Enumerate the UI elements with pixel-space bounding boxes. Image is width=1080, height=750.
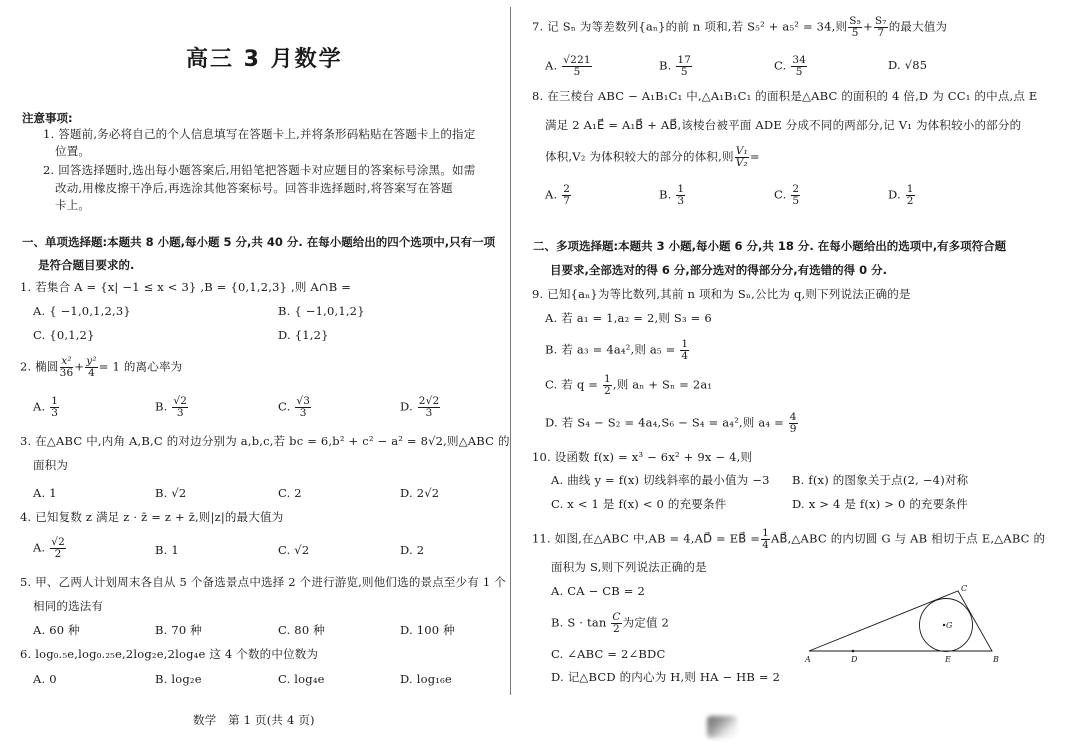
label-b: B (992, 655, 999, 664)
q4-option-a: A. √22 (33, 537, 67, 560)
notice-item-1-line-2: 位置。 (55, 144, 90, 158)
q9-option-d: D. 若 S₄ − S₂ = 4a₄,S₆ − S₄ = a₄²,则 a₄ = … (545, 412, 799, 435)
section-2-heading-line-2: 目要求,全部选对的得 6 分,部分选对的得部分分,有选错的得 0 分. (550, 262, 887, 278)
notice-item-2-line-3: 卡上。 (55, 198, 90, 212)
q3-stem-line-1: 3. 在△ABC 中,内角 A,B,C 的对边分别为 a,b,c,若 bc = … (20, 434, 510, 448)
q1-option-a: A. { −1,0,1,2,3} (33, 304, 131, 318)
page-title: 高三 3 月数学 (186, 42, 343, 73)
label-a: A (804, 655, 811, 664)
q1-stem: 1. 若集合 A = {x| −1 ≤ x < 3} ,B = {0,1,2,3… (20, 280, 351, 294)
column-divider (510, 7, 511, 695)
q3-stem-line-2: 面积为 (33, 458, 68, 472)
q11-option-d: D. 记△BCD 的内心为 H,则 HA − HB = 2 (551, 670, 780, 684)
q11-option-b: B. S · tan C2为定值 2 (551, 612, 669, 635)
q4-option-b: B. 1 (155, 543, 179, 557)
q5-option-b: B. 70 种 (155, 623, 202, 637)
q4-option-d: D. 2 (400, 543, 424, 557)
q8-option-c: C. 25 (774, 184, 801, 207)
q6-option-d: D. log₁₆e (400, 672, 452, 686)
q2-option-a: A. 13 (33, 396, 60, 419)
q8-option-b: B. 13 (659, 184, 686, 207)
q10-stem: 10. 设函数 f(x) = x³ − 6x² + 9x − 4,则 (532, 450, 752, 464)
q11-stem-line-1: 11. 如图,在△ABC 中,AB = 4,AD⃗ = EB⃗ =14AB⃗,△… (532, 528, 1045, 551)
q1-option-d: D. {1,2} (278, 328, 329, 342)
q8-stem-line-2: 满足 2 A₁E⃗ = A₁B⃗ + AB⃗,该棱台被平面 ADE 分成不同的两… (545, 118, 1021, 132)
q2-stem: 2. 椭圆x²36+y²4= 1 的离心率为 (20, 356, 182, 379)
label-c: C (961, 584, 967, 593)
q5-stem-line-1: 5. 甲、乙两人计划周末各自从 5 个备选景点中选择 2 个进行游览,则他们选的… (20, 575, 506, 589)
q5-option-a: A. 60 种 (33, 623, 80, 637)
q7-option-b: B. 175 (659, 55, 693, 78)
q7-stem: 7. 记 Sₙ 为等差数列{aₙ}的前 n 项和,若 S₅² + a₅² = 3… (532, 16, 947, 39)
q3-option-c: C. 2 (278, 486, 302, 500)
notice-item-2-line-1: 2. 回答选择题时,选出每小题答案后,用铅笔把答题卡对应题目的答案标号涂黑。如需 (43, 163, 475, 177)
q9-option-c: C. 若 q = 12,则 aₙ + Sₙ = 2a₁ (545, 374, 712, 397)
q9-option-a: A. 若 a₁ = 1,a₂ = 2,则 S₃ = 6 (545, 311, 712, 325)
q2-prefix: 2. 椭圆 (20, 360, 59, 374)
notice-heading: 注意事项: (22, 110, 73, 126)
label-g: G (946, 621, 953, 630)
q8-option-d: D. 12 (888, 184, 916, 207)
q5-option-d: D. 100 种 (400, 623, 455, 637)
q5-option-c: C. 80 种 (278, 623, 325, 637)
q3-option-a: A. 1 (33, 486, 57, 500)
section-1-heading-line-2: 是符合题目要求的. (38, 257, 134, 273)
q9-option-b: B. 若 a₃ = 4a₄²,则 a₅ = 14 (545, 339, 690, 362)
label-d: D (850, 655, 858, 664)
q5-stem-line-2: 相同的选法有 (33, 599, 103, 613)
q2-fraction-x: x²36 (60, 356, 74, 379)
center-g-point (943, 624, 945, 626)
q6-option-c: C. log₄e (278, 672, 325, 686)
q1-option-c: C. {0,1,2} (33, 328, 95, 342)
q10-option-c: C. x < 1 是 f(x) < 0 的充要条件 (551, 497, 726, 511)
q1-option-b: B. { −1,0,1,2} (278, 304, 365, 318)
q6-option-b: B. log₂e (155, 672, 202, 686)
q11-option-a: A. CA − CB = 2 (551, 584, 645, 598)
q3-option-b: B. √2 (155, 486, 186, 500)
q2-fraction-y: y²4 (85, 356, 98, 379)
q7-option-a: A. √2215 (545, 55, 593, 78)
q2-option-c: C. √33 (278, 396, 312, 419)
section-2-heading-line-1: 二、多项选择题:本题共 3 小题,每小题 6 分,共 18 分. 在每小题给出的… (533, 238, 1006, 254)
q6-option-a: A. 0 (33, 672, 57, 686)
q9-stem: 9. 已知{aₙ}为等比数列,其前 n 项和为 Sₙ,公比为 q,则下列说法正确… (532, 287, 911, 301)
section-1-heading-line-1: 一、单项选择题:本题共 8 小题,每小题 5 分,共 40 分. 在每小题给出的… (22, 234, 495, 250)
notice-item-2-line-2: 改动,用橡皮擦干净后,再选涂其他答案标号。回答非选择题时,将答案写在答题 (55, 181, 453, 195)
q2-option-d: D. 2√23 (400, 396, 441, 419)
page-footer: 数学 第 1 页(共 4 页) (193, 713, 315, 727)
q6-stem: 6. log₀.₅e,log₀.₂₅e,2log₂e,2log₄e 这 4 个数… (20, 647, 318, 661)
q4-option-c: C. √2 (278, 543, 309, 557)
q10-option-b: B. f(x) 的图象关于点(2, −4)对称 (792, 473, 968, 487)
q11-option-c: C. ∠ABC = 2∠BDC (551, 647, 665, 661)
triangle-abc (809, 591, 992, 651)
q4-stem: 4. 已知复数 z 满足 z · z̄ = z + z̄,则|z|的最大值为 (20, 510, 283, 524)
q10-option-a: A. 曲线 y = f(x) 切线斜率的最小值为 −3 (551, 473, 770, 487)
scan-smudge (707, 716, 737, 738)
notice-item-1-line-1: 1. 答题前,务必将自己的个人信息填写在答题卡上,并将条形码粘贴在答题卡上的指定 (43, 127, 475, 141)
point-d (852, 650, 855, 653)
q11-stem-line-2: 面积为 S,则下列说法正确的是 (551, 560, 707, 574)
q7-option-c: C. 345 (774, 55, 808, 78)
label-e: E (944, 655, 951, 664)
q7-fraction-s7: S₇7 (874, 16, 888, 39)
q8-option-a: A. 27 (545, 184, 572, 207)
q10-option-d: D. x > 4 是 f(x) > 0 的充要条件 (792, 497, 968, 511)
q3-option-d: D. 2√2 (400, 486, 439, 500)
q8-stem-line-1: 8. 在三棱台 ABC − A₁B₁C₁ 中,△A₁B₁C₁ 的面积是△ABC … (532, 89, 1038, 103)
q7-option-d: D. √85 (888, 58, 927, 72)
q8-stem-line-3: 体积,V₂ 为体积较大的部分的体积,则V₁V₂= (545, 146, 760, 169)
triangle-incircle-figure: A D E B C G (790, 575, 1010, 670)
q2-option-b: B. √23 (155, 396, 189, 419)
q7-fraction-s5: S₅5 (848, 16, 862, 39)
